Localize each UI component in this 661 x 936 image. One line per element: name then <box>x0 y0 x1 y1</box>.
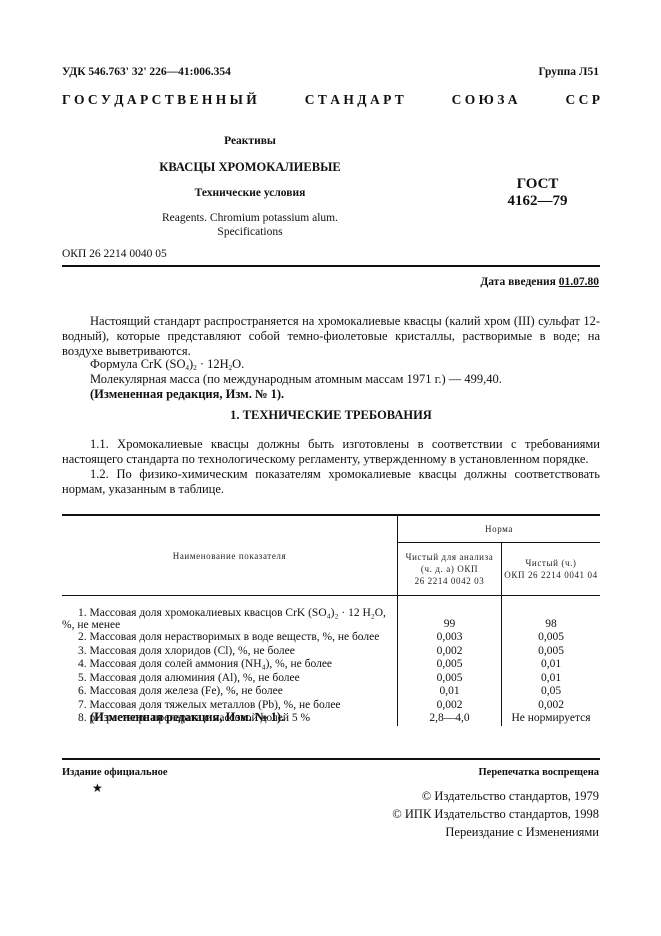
row-name: 1. Массовая доля хромокалиевых квасцов C… <box>62 608 397 631</box>
row-value-pure-analysis: 0,005 <box>398 658 502 672</box>
column-header-norma: Норма <box>398 515 601 543</box>
document-subtitle: Технические условия <box>120 187 380 199</box>
clause-1-2: 1.2. По физико-химическим показателям хр… <box>62 467 600 497</box>
section-heading: 1. ТЕХНИЧЕСКИЕ ТРЕБОВАНИЯ <box>62 408 600 423</box>
requirements-table: Наименование показателя Норма Чистый для… <box>62 514 600 726</box>
table-row: 2. Массовая доля нерастворимых в воде ве… <box>62 631 600 645</box>
category-label: Реактивы <box>120 135 380 147</box>
row-name: 6. Массовая доля железа (Fe), %, не боле… <box>62 686 397 698</box>
reprint-prohibited: Перепечатка воспрещена <box>479 767 599 778</box>
column-header-pure-analysis: Чистый для анализа (ч. д. а) ОКП 26 2214… <box>398 543 502 596</box>
amendment-note: (Измененная редакция, Изм. № 1). <box>90 387 284 402</box>
row-value-pure-analysis: 0,002 <box>398 645 502 659</box>
row-value-pure-analysis: 99 <box>398 608 502 631</box>
official-edition: Издание официальное <box>62 767 168 778</box>
row-name: 2. Массовая доля нерастворимых в воде ве… <box>62 632 397 644</box>
table-row: 4. Массовая доля солей аммония (NH₄), %,… <box>62 658 600 672</box>
effective-date-value: 01.07.80 <box>559 276 599 288</box>
gost-label: ГОСТ <box>490 176 585 193</box>
row-value-pure: 0,01 <box>502 672 601 686</box>
row-value-pure-analysis: 0,003 <box>398 631 502 645</box>
row-value-pure: 0,005 <box>502 645 601 659</box>
english-title-line2: Specifications <box>120 225 380 239</box>
row-value-pure: Не нормируется <box>502 712 601 726</box>
okp-code: ОКП 26 2214 0040 05 <box>62 248 167 260</box>
intro-paragraph: Настоящий стандарт распространяется на х… <box>62 314 600 359</box>
row-value-pure: 98 <box>502 608 601 631</box>
banner-word: С О Ю З А <box>452 92 518 108</box>
effective-date-label: Дата введения <box>480 276 556 288</box>
table-row: 5. Массовая доля алюминия (Al), %, не бо… <box>62 672 600 686</box>
row-value-pure: 0,005 <box>502 631 601 645</box>
column-header-name: Наименование показателя <box>62 515 398 596</box>
table-row: 6. Массовая доля железа (Fe), %, не боле… <box>62 685 600 699</box>
footer-divider <box>62 758 600 760</box>
reissue-note: Переиздание с Изменениями <box>445 825 599 840</box>
copyright-1998: © ИПК Издательство стандартов, 1998 <box>392 807 599 822</box>
row-value-pure-analysis: 2,8—4,0 <box>398 712 502 726</box>
effective-date: Дата введения 01.07.80 <box>480 276 599 288</box>
banner-word: С С Р <box>565 92 600 108</box>
english-title-line1: Reagents. Chromium potassium alum. <box>120 211 380 225</box>
group-code: Группа Л51 <box>538 66 599 78</box>
row-value-pure: 0,01 <box>502 658 601 672</box>
gost-designation: ГОСТ 4162—79 <box>490 176 585 210</box>
divider <box>62 265 600 267</box>
table-row: 3. Массовая доля хлоридов (Cl), %, не бо… <box>62 645 600 659</box>
banner-word: С Т А Н Д А Р Т <box>305 92 404 108</box>
row-value-pure-analysis: 0,01 <box>398 685 502 699</box>
english-title: Reagents. Chromium potassium alum. Speci… <box>120 211 380 239</box>
molar-mass-line: Молекулярная масса (по международным ато… <box>90 372 502 387</box>
star-icon: ★ <box>92 781 103 796</box>
gost-number: 4162—79 <box>490 193 585 210</box>
copyright-1979: © Издательство стандартов, 1979 <box>422 789 599 804</box>
clause-1-1: 1.1. Хромокалиевые квасцы должны быть из… <box>62 437 600 467</box>
document-title: КВАСЦЫ ХРОМОКАЛИЕВЫЕ <box>120 160 380 175</box>
table-amendment-note: (Измененная редакция, Изм. № 1). <box>90 710 284 725</box>
column-header-pure: Чистый (ч.) ОКП 26 2214 0041 04 <box>502 543 601 596</box>
row-name: 4. Массовая доля солей аммония (NH₄), %,… <box>62 659 397 671</box>
row-value-pure-analysis: 0,002 <box>398 699 502 713</box>
row-name: 3. Массовая доля хлоридов (Cl), %, не бо… <box>62 646 397 658</box>
row-name: 5. Массовая доля алюминия (Al), %, не бо… <box>62 673 397 685</box>
row-value-pure: 0,002 <box>502 699 601 713</box>
state-standard-banner: Г О С У Д А Р С Т В Е Н Н Ы Й С Т А Н Д … <box>62 92 600 108</box>
table-row: 1. Массовая доля хромокалиевых квасцов C… <box>62 608 600 631</box>
banner-word: Г О С У Д А Р С Т В Е Н Н Ы Й <box>62 92 257 108</box>
udk-code: УДК 546.763' 32' 226—41:006.354 <box>62 66 231 78</box>
row-value-pure: 0,05 <box>502 685 601 699</box>
row-value-pure-analysis: 0,005 <box>398 672 502 686</box>
